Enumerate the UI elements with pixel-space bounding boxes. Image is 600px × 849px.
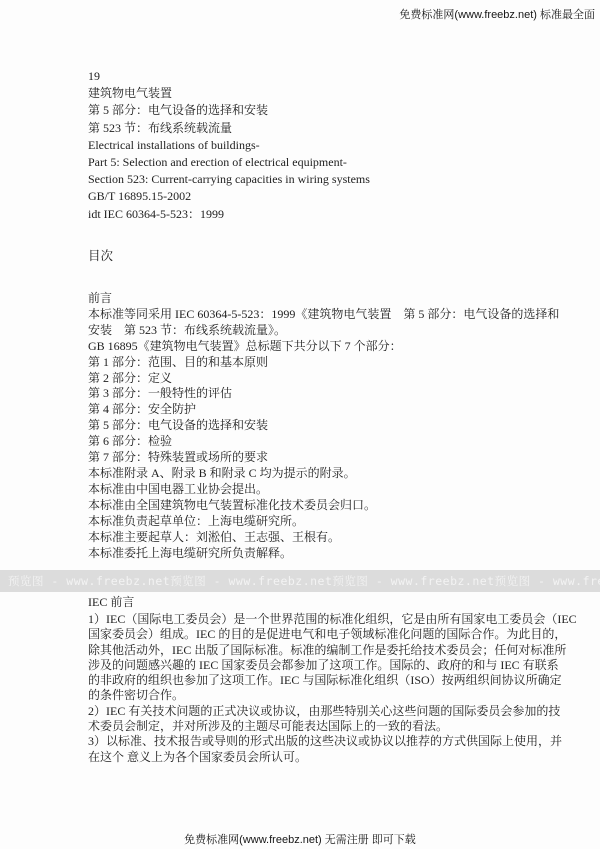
text-line: 本标准负责起草单位：上海电缆研究所。 (88, 514, 540, 530)
text-line: 第 3 部分：一般特性的评估 (88, 386, 540, 402)
text-line: 的非政府的组织也参加了这项工作。IEC 与国际标准化组织（ISO）按两组织间协议… (88, 673, 543, 688)
text-line: 2）IEC 有关技术问题的正式决议或协议，由那些特别关心这些问题的国际委员会参加… (88, 704, 543, 719)
text-line: 涉及的问题感兴趣的 IEC 国家委员会都参加了这项工作。国际的、政府的和与 IE… (88, 658, 543, 673)
watermark-text: 预览图 - www.freebz.net (495, 573, 600, 589)
text-line: 本标准由全国建筑物电气装置标准化技术委员会归口。 (88, 498, 540, 514)
text-line: 第 7 部分：特殊装置或场所的要求 (88, 450, 540, 466)
text-line: 除其他活动外，IEC 出版了国际标准。标准的编制工作是委托给技术委员会；任何对标… (88, 643, 543, 658)
text-line: 第 4 部分：安全防护 (88, 402, 540, 418)
text-line: 国家委员会）组成。IEC 的目的是促进电气和电子领域标准化问题的国际合作。为此目… (88, 627, 543, 642)
text-line: 本标准等同采用 IEC 60364-5-523：1999《建筑物电气装置 第 5… (88, 307, 540, 323)
title-en-section: Section 523: Current-carrying capacities… (88, 171, 370, 188)
text-line: 的条件密切合作。 (88, 688, 543, 703)
watermark-text: 预览图 - www.freebz.net (170, 573, 332, 589)
text-line: 本标准由中国电器工业协会提出。 (88, 482, 540, 498)
text-line: 安装 第 523 节：布线系统载流量》。 (88, 323, 540, 339)
text-line: 本标准附录 A、附录 B 和附录 C 均为提示的附录。 (88, 466, 540, 482)
watermark-text: 预览图 - www.freebz.net (8, 573, 170, 589)
text-line: 第 2 部分：定义 (88, 371, 540, 387)
preview-watermark-band: 预览图 - www.freebz.net 预览图 - www.freebz.ne… (0, 570, 600, 592)
text-line: 3）以标准、技术报告或导则的形式出版的这些决议或协议以推荐的方式供国际上使用，并 (88, 734, 543, 749)
text-line: 1）IEC（国际电工委员会）是一个世界范围的标准化组织，它是由所有国家电工委员会… (88, 612, 543, 627)
text-line: 第 5 部分：电气设备的选择和安装 (88, 418, 540, 434)
standard-title-block: 19 建筑物电气装置 第 5 部分：电气设备的选择和安装 第 523 节：布线系… (88, 68, 370, 223)
text-line: 术委员会制定，并对所涉及的主题尽可能表达国际上的一致的看法。 (88, 719, 543, 734)
text-line: 第 1 部分：范围、目的和基本原则 (88, 355, 540, 371)
title-en-part: Part 5: Selection and erection of electr… (88, 154, 370, 171)
foreword-heading: 前言 (88, 291, 540, 307)
bottom-site-banner: 免费标准网(www.freebz.net) 无需注册 即可下载 (0, 831, 600, 847)
text-line: 第 6 部分：检验 (88, 434, 540, 450)
iec-foreword-section: 1）IEC（国际电工委员会）是一个世界范围的标准化组织，它是由所有国家电工委员会… (88, 612, 543, 765)
text-line: GB 16895《建筑物电气装置》总标题下共分以下 7 个部分： (88, 339, 540, 355)
watermark-text: 预览图 - www.freebz.net (332, 573, 494, 589)
text-line: 本标准委托上海电缆研究所负责解释。 (88, 546, 540, 562)
top-site-banner: 免费标准网(www.freebz.net) 标准最全面 (399, 6, 595, 22)
title-cn-section: 第 523 节：布线系统载流量 (88, 120, 370, 137)
foreword-section: 前言 本标准等同采用 IEC 60364-5-523：1999《建筑物电气装置 … (88, 291, 540, 561)
title-cn-part: 第 5 部分：电气设备的选择和安装 (88, 102, 370, 119)
text-line: 在这个 意义上为各个国家委员会所认可。 (88, 750, 543, 765)
text-line: 本标准主要起草人：刘淞伯、王志强、王根有。 (88, 530, 540, 546)
title-cn-main: 建筑物电气装置 (88, 85, 370, 102)
page-number: 19 (88, 68, 370, 85)
standard-number: GB/T 16895.15-2002 (88, 188, 370, 205)
iec-foreword-heading: IEC 前言 (88, 593, 134, 610)
title-en-main: Electrical installations of buildings- (88, 137, 370, 154)
toc-heading: 目次 (88, 246, 113, 264)
idt-reference: idt IEC 60364-5-523：1999 (88, 206, 370, 223)
document-page: 免费标准网(www.freebz.net) 标准最全面 19 建筑物电气装置 第… (0, 0, 600, 849)
